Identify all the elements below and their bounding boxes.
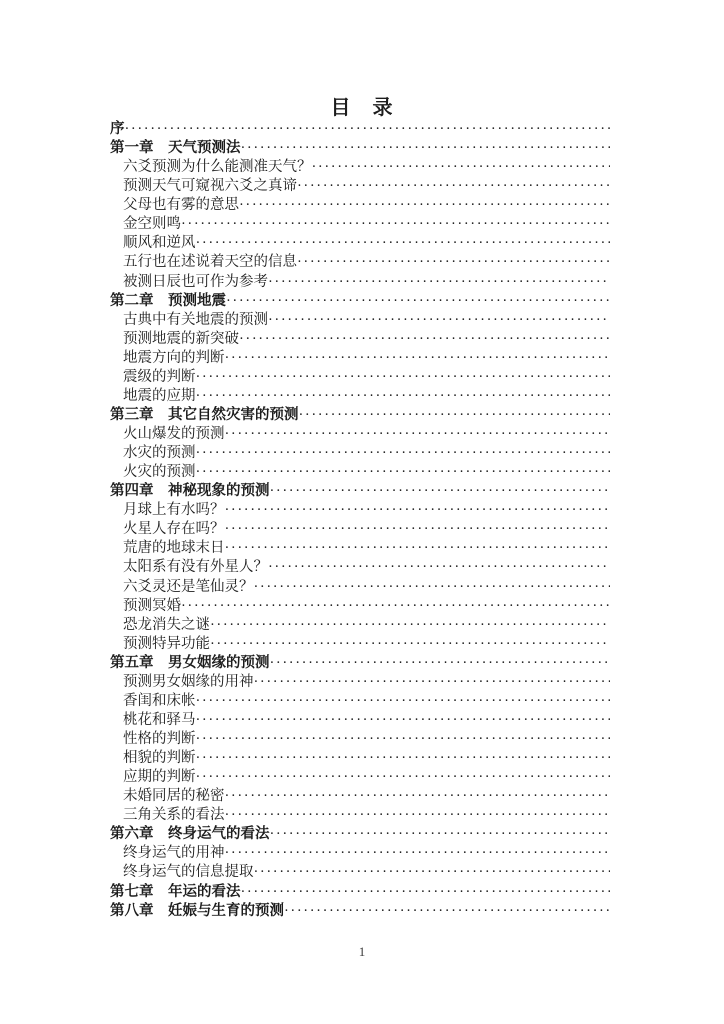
- dot-leader: [299, 406, 611, 425]
- toc-entry-label: 火山爆发的预测: [123, 425, 225, 444]
- toc-entry-label: 香闺和床帐: [123, 692, 196, 711]
- toc-entry: 终身运气的信息提取: [110, 863, 610, 882]
- page-number: 1: [0, 944, 724, 960]
- toc-entry-label: 第一章 天气预测法: [110, 139, 241, 158]
- toc-entry-label: 金空则鸣: [123, 215, 181, 234]
- toc-entry: 预测特异功能: [110, 635, 610, 654]
- toc-entry: 太阳系有没有外星人？: [110, 558, 610, 577]
- toc-entry: 预测天气可窥视六爻之真谛: [110, 177, 610, 196]
- dot-leader: [196, 387, 611, 406]
- dot-leader: [312, 158, 611, 177]
- dot-leader: [225, 539, 611, 558]
- toc-entry-label: 预测特异功能: [123, 635, 210, 654]
- toc-entry-label: 父母也有雾的意思: [123, 196, 239, 215]
- toc-entry-label: 第七章 年运的看法: [110, 883, 241, 902]
- toc-entry: 相貌的判断: [110, 749, 610, 768]
- dot-leader: [181, 215, 610, 234]
- dot-leader: [270, 654, 611, 673]
- dot-leader: [270, 825, 611, 844]
- toc-entry: 桃花和驿马: [110, 711, 610, 730]
- toc-entry: 第三章 其它自然灾害的预测: [110, 406, 610, 425]
- dot-leader: [210, 635, 610, 654]
- toc-entry-label: 六爻灵还是笔仙灵？: [123, 578, 254, 597]
- dot-leader: [196, 444, 611, 463]
- toc-entry: 第二章 预测地震: [110, 292, 610, 311]
- toc-entry: 预测冥婚: [110, 597, 610, 616]
- toc-entry: 香闺和床帐: [110, 692, 610, 711]
- toc-entry-label: 被测日辰也可作为参考: [123, 273, 268, 292]
- toc-entry: 第六章 终身运气的看法: [110, 825, 610, 844]
- toc-entry-label: 预测地震的新突破: [123, 330, 239, 349]
- toc-entry: 火灾的预测: [110, 463, 610, 482]
- dot-leader: [196, 463, 611, 482]
- toc-entry-label: 五行也在述说着天空的信息: [123, 253, 297, 272]
- toc-entry-label: 火星人存在吗？: [123, 520, 225, 539]
- dot-leader: [268, 311, 610, 330]
- dot-leader: [268, 558, 610, 577]
- dot-leader: [225, 520, 611, 539]
- toc-entry: 父母也有雾的意思: [110, 196, 610, 215]
- toc-entry: 地震的应期: [110, 387, 610, 406]
- toc-entry-label: 预测冥婚: [123, 597, 181, 616]
- toc-entry-label: 恐龙消失之谜: [123, 616, 210, 635]
- toc-entry-label: 古典中有关地震的预测: [123, 311, 268, 330]
- dot-leader: [284, 902, 610, 921]
- dot-leader: [241, 883, 611, 902]
- toc-entry: 金空则鸣: [110, 215, 610, 234]
- toc-entry-label: 地震方向的判断: [123, 349, 225, 368]
- toc-entry-label: 荒唐的地球末日: [123, 539, 225, 558]
- dot-leader: [241, 139, 611, 158]
- toc-entry: 序: [110, 120, 610, 139]
- toc-entry: 水灾的预测: [110, 444, 610, 463]
- dot-leader: [225, 425, 611, 444]
- dot-leader: [196, 692, 611, 711]
- toc-entry-label: 序: [110, 120, 125, 139]
- dot-leader: [225, 501, 611, 520]
- toc-entry: 三角关系的看法: [110, 806, 610, 825]
- toc-entry: 火星人存在吗？: [110, 520, 610, 539]
- toc-entry: 第一章 天气预测法: [110, 139, 610, 158]
- page-title: 目 录: [0, 91, 724, 120]
- toc-entry-label: 火灾的预测: [123, 463, 196, 482]
- toc-entry-label: 地震的应期: [123, 387, 196, 406]
- toc-list: 序 第一章 天气预测法 六爻预测为什么能测准天气？ 预测天气可窥视六爻之真谛 父…: [110, 120, 610, 921]
- dot-leader: [297, 177, 610, 196]
- toc-entry-label: 终身运气的用神: [123, 844, 225, 863]
- toc-entry-label: 终身运气的信息提取: [123, 863, 254, 882]
- dot-leader: [270, 482, 611, 501]
- toc-entry: 五行也在述说着天空的信息: [110, 253, 610, 272]
- toc-entry: 第八章 妊娠与生育的预测: [110, 902, 610, 921]
- toc-entry-label: 预测男女姻缘的用神: [123, 673, 254, 692]
- toc-entry-label: 第四章 神秘现象的预测: [110, 482, 270, 501]
- toc-entry: 月球上有水吗？: [110, 501, 610, 520]
- dot-leader: [225, 787, 611, 806]
- toc-entry: 荒唐的地球末日: [110, 539, 610, 558]
- toc-entry: 六爻预测为什么能测准天气？: [110, 158, 610, 177]
- dot-leader: [225, 349, 611, 368]
- dot-leader: [196, 234, 611, 253]
- toc-entry-label: 第六章 终身运气的看法: [110, 825, 270, 844]
- toc-entry-label: 月球上有水吗？: [123, 501, 225, 520]
- toc-entry-label: 性格的判断: [123, 730, 196, 749]
- dot-leader: [196, 749, 611, 768]
- toc-entry-label: 预测天气可窥视六爻之真谛: [123, 177, 297, 196]
- dot-leader: [254, 673, 611, 692]
- toc-entry: 震级的判断: [110, 368, 610, 387]
- toc-entry: 被测日辰也可作为参考: [110, 273, 610, 292]
- toc-entry: 火山爆发的预测: [110, 425, 610, 444]
- toc-entry-label: 三角关系的看法: [123, 806, 225, 825]
- dot-leader: [210, 616, 610, 635]
- toc-entry: 顺风和逆风: [110, 234, 610, 253]
- dot-leader: [239, 196, 610, 215]
- toc-entry-label: 第二章 预测地震: [110, 292, 226, 311]
- dot-leader: [196, 711, 611, 730]
- toc-entry-label: 第五章 男女姻缘的预测: [110, 654, 270, 673]
- dot-leader: [225, 806, 611, 825]
- toc-entry: 应期的判断: [110, 768, 610, 787]
- toc-entry: 第五章 男女姻缘的预测: [110, 654, 610, 673]
- toc-entry: 未婚同居的秘密: [110, 787, 610, 806]
- dot-leader: [297, 253, 610, 272]
- toc-entry-label: 水灾的预测: [123, 444, 196, 463]
- toc-entry-label: 桃花和驿马: [123, 711, 196, 730]
- toc-entry: 六爻灵还是笔仙灵？: [110, 578, 610, 597]
- toc-entry: 预测男女姻缘的用神: [110, 673, 610, 692]
- dot-leader: [196, 368, 611, 387]
- toc-entry: 终身运气的用神: [110, 844, 610, 863]
- toc-entry: 性格的判断: [110, 730, 610, 749]
- toc-entry-label: 太阳系有没有外星人？: [123, 558, 268, 577]
- toc-entry: 预测地震的新突破: [110, 330, 610, 349]
- dot-leader: [125, 120, 611, 139]
- dot-leader: [225, 844, 611, 863]
- toc-entry: 地震方向的判断: [110, 349, 610, 368]
- toc-entry-label: 未婚同居的秘密: [123, 787, 225, 806]
- toc-entry-label: 第三章 其它自然灾害的预测: [110, 406, 299, 425]
- dot-leader: [196, 730, 611, 749]
- dot-leader: [268, 273, 610, 292]
- toc-entry-label: 应期的判断: [123, 768, 196, 787]
- toc-entry: 第七章 年运的看法: [110, 883, 610, 902]
- toc-entry-label: 顺风和逆风: [123, 234, 196, 253]
- dot-leader: [226, 292, 610, 311]
- dot-leader: [254, 863, 611, 882]
- dot-leader: [254, 578, 611, 597]
- toc-entry-label: 六爻预测为什么能测准天气？: [123, 158, 312, 177]
- toc-entry: 第四章 神秘现象的预测: [110, 482, 610, 501]
- toc-entry-label: 震级的判断: [123, 368, 196, 387]
- dot-leader: [181, 597, 610, 616]
- dot-leader: [239, 330, 610, 349]
- toc-entry: 恐龙消失之谜: [110, 616, 610, 635]
- toc-entry: 古典中有关地震的预测: [110, 311, 610, 330]
- toc-entry-label: 相貌的判断: [123, 749, 196, 768]
- dot-leader: [196, 768, 611, 787]
- toc-entry-label: 第八章 妊娠与生育的预测: [110, 902, 284, 921]
